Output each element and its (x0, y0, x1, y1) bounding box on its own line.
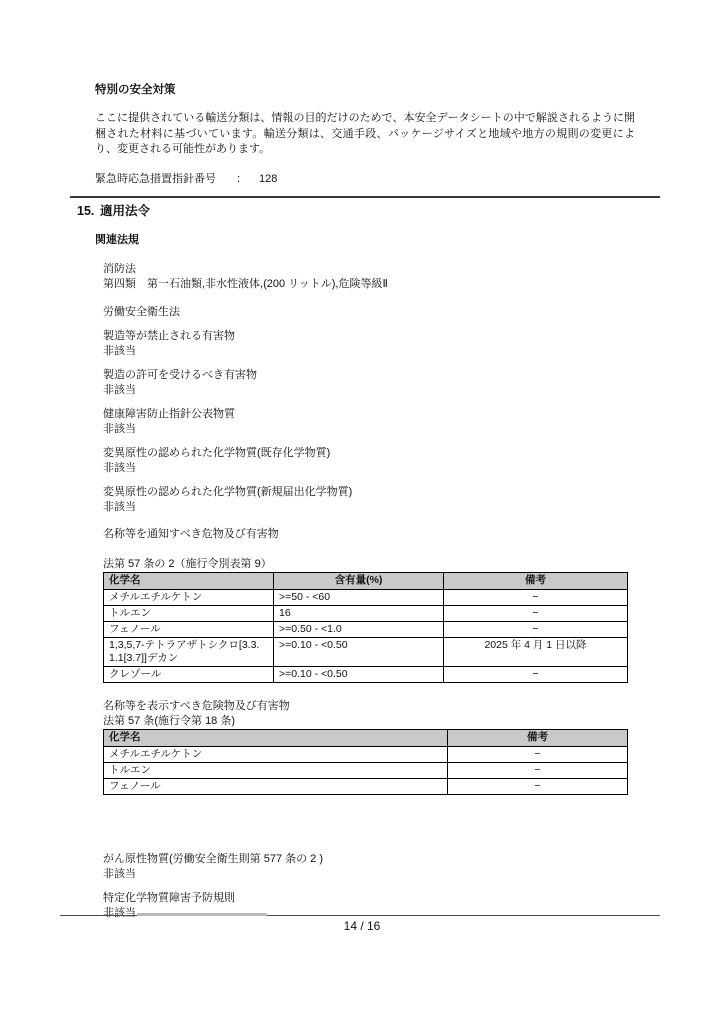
table-row: トルエン 16 − (104, 606, 628, 622)
header-remarks: 備考 (444, 573, 628, 590)
cell-note: − (444, 590, 628, 606)
cell-content: >=50 - <60 (274, 590, 444, 606)
ems-guide-value: 128 (259, 172, 277, 187)
header-remarks: 備考 (448, 730, 628, 747)
sds-document-page: 特別の安全対策 ここに提供されている輸送分類は、情報の目的だけのためで、本安全デ… (0, 0, 724, 1024)
law-item-title: 変異原性の認められた化学物質(既存化学物質) (103, 446, 637, 461)
notify-chemicals-table: 化学名 含有量(%) 備考 メチルエチルケトン >=50 - <60 − トルエ… (103, 572, 628, 683)
specified-chemicals-title: 特定化学物質障害予防規則 (103, 891, 637, 906)
carcinogen-status: 非該当 (103, 867, 637, 882)
law-item-status: 非該当 (103, 344, 637, 359)
section-15-number: 15. (77, 203, 100, 219)
cell-chemical-name: トルエン (104, 606, 274, 622)
law-item-status: 非該当 (103, 461, 637, 476)
special-safety-heading: 特別の安全対策 (95, 83, 637, 98)
table-row: 1,3,5,7-テトラアザトシクロ[3.3.1.1[3.7]]デカン >=0.1… (104, 638, 628, 667)
table-header-row: 化学名 含有量(%) 備考 (104, 573, 628, 590)
cell-chemical-name: フェノール (104, 622, 274, 638)
cell-chemical-name: 1,3,5,7-テトラアザトシクロ[3.3.1.1[3.7]]デカン (104, 638, 274, 667)
law-item-health-guideline: 健康障害防止指針公表物質 非該当 (103, 407, 637, 437)
transport-paragraph: ここに提供されている輸送分類は、情報の目的だけのためで、本安全データシートの中で… (95, 111, 635, 158)
carcinogen-title: がん原性物質(労働安全衛生則第 577 条の 2 ) (103, 852, 637, 867)
law-item-title: 製造等が禁止される有害物 (103, 329, 637, 344)
law-item-prohibited: 製造等が禁止される有害物 非該当 (103, 329, 637, 359)
header-chemical-name: 化学名 (104, 730, 448, 747)
table-row: メチルエチルケトン − (104, 747, 628, 763)
fire-law-detail: 第四類 第一石油類,非水性液体,(200 リットル),危険等級Ⅱ (103, 277, 637, 292)
section-15-title-row: 15. 適用法令 (77, 203, 637, 219)
table-row: トルエン − (104, 763, 628, 779)
law-item-title: 変異原性の認められた化学物質(新規届出化学物質) (103, 485, 637, 500)
cell-content: >=0.10 - <0.50 (274, 667, 444, 683)
table-header-row: 化学名 備考 (104, 730, 628, 747)
cell-chemical-name: メチルエチルケトン (104, 747, 448, 763)
law-item-mutagen-new: 変異原性の認められた化学物質(新規届出化学物質) 非該当 (103, 485, 637, 515)
cell-note: − (448, 763, 628, 779)
notify-heading: 名称等を通知すべき危物及び有害物 (103, 527, 637, 542)
cell-chemical-name: トルエン (104, 763, 448, 779)
cell-note: − (444, 667, 628, 683)
section-15-title: 適用法令 (100, 203, 150, 219)
transport-section: 特別の安全対策 ここに提供されている輸送分類は、情報の目的だけのためで、本安全デ… (95, 83, 637, 187)
law-item-status: 非該当 (103, 422, 637, 437)
cell-note: − (448, 779, 628, 795)
display-heading: 名称等を表示すべき危険物及び有害物 (103, 699, 637, 714)
table-row: フェノール − (104, 779, 628, 795)
cell-chemical-name: フェノール (104, 779, 448, 795)
cell-note: − (444, 606, 628, 622)
section-divider (70, 196, 660, 198)
header-content-percent: 含有量(%) (274, 573, 444, 590)
cell-content: >=0.50 - <1.0 (274, 622, 444, 638)
law-item-title: 健康障害防止指針公表物質 (103, 407, 637, 422)
cell-note: − (448, 747, 628, 763)
section-15-applicable-laws: 15. 適用法令 関連法規 消防法 第四類 第一石油類,非水性液体,(200 リ… (77, 203, 637, 921)
industrial-safety-law-title: 労働安全衛生法 (103, 305, 637, 320)
cell-chemical-name: クレゾール (104, 667, 274, 683)
fire-law-block: 消防法 第四類 第一石油類,非水性液体,(200 リットル),危険等級Ⅱ (103, 262, 637, 292)
table-row: メチルエチルケトン >=50 - <60 − (104, 590, 628, 606)
footer-divider-gray-segment (137, 913, 267, 916)
cell-chemical-name: メチルエチルケトン (104, 590, 274, 606)
cell-content: >=0.10 - <0.50 (274, 638, 444, 667)
display-chemicals-table: 化学名 備考 メチルエチルケトン − トルエン − フェノール − (103, 729, 628, 795)
ems-guide-separator: ： (236, 172, 247, 187)
law-item-title: 製造の許可を受けるべき有害物 (103, 368, 637, 383)
law-item-status: 非該当 (103, 383, 637, 398)
law-item-permit: 製造の許可を受けるべき有害物 非該当 (103, 368, 637, 398)
carcinogen-block: がん原性物質(労働安全衛生則第 577 条の 2 ) 非該当 (103, 852, 637, 882)
notify-table-caption: 法第 57 条の 2（施行令別表第 9） (103, 557, 637, 572)
ems-guide-row: 緊急時応急措置指針番号 ： 128 (95, 172, 637, 187)
display-table-caption: 法第 57 条(施行令第 18 条) (103, 714, 637, 729)
law-item-mutagen-existing: 変異原性の認められた化学物質(既存化学物質) 非該当 (103, 446, 637, 476)
table-row: フェノール >=0.50 - <1.0 − (104, 622, 628, 638)
related-laws-heading: 関連法規 (95, 233, 637, 248)
fire-law-title: 消防法 (103, 262, 637, 277)
law-item-status: 非該当 (103, 500, 637, 515)
specified-chemicals-block: 特定化学物質障害予防規則 非該当 (103, 891, 637, 921)
page-number: 14 / 16 (0, 919, 724, 934)
header-chemical-name: 化学名 (104, 573, 274, 590)
ems-guide-label: 緊急時応急措置指針番号 (95, 172, 216, 187)
table-row: クレゾール >=0.10 - <0.50 − (104, 667, 628, 683)
cell-note: 2025 年 4 月 1 日以降 (444, 638, 628, 667)
cell-note: − (444, 622, 628, 638)
cell-content: 16 (274, 606, 444, 622)
